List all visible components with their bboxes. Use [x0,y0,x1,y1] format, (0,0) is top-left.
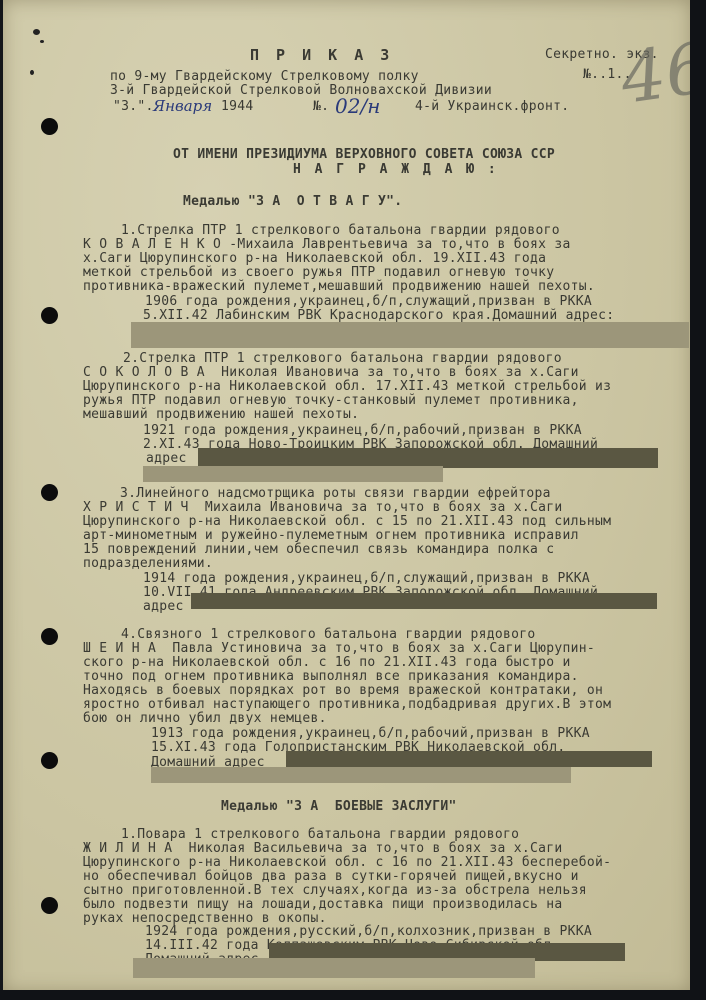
entry-line: 15 повреждений линии,чем обеспечил связь… [83,543,554,557]
binder-hole [41,752,58,769]
medal-heading-courage: Медалью "З А О Т В А Г У". [183,195,402,209]
entry-line: 3.Линейного надсмотрщика роты связи гвар… [120,487,551,501]
entry-line: 4.Связного 1 стрелкового батальона гвард… [121,628,535,642]
bio-line: 1914 года рождения,украинец,б/п,служащий… [143,572,590,586]
order-number-prefix: №. [313,100,329,114]
entry-line: Х Р И С Т И Ч Михаила Ивановича за то,чт… [83,501,562,515]
ink-speck [30,70,34,75]
entry-line: Цюрупинского р-на Николаевской обл. с 16… [83,856,611,870]
entry-line: меткой стрельбой из своего ружья ПТР под… [83,266,554,280]
binder-hole [41,897,58,914]
entry-line: бою он лично убил двух немцев. [83,712,327,726]
redaction-block [286,751,652,767]
order-title: П Р И К А З [250,48,393,62]
date-month-handwritten: Января [153,97,212,115]
redaction-block [143,466,443,482]
binder-hole [41,118,58,135]
entry-line: подразделениями. [83,557,213,571]
entry-line: яростно отбивал наступающего противника,… [83,698,611,712]
unit-line-2: 3-й Гвардейской Стрелковой Волновахской … [110,84,492,98]
medal-heading-combat-merit: Медалью "З А БОЕВЫЕ ЗАСЛУГИ" [221,800,457,814]
entry-line: С О К О Л О В А Николая Ивановича за то,… [83,366,579,380]
redaction-block [198,448,658,468]
entry-line: было подвезти пищу на лошади,доставка пи… [83,898,562,912]
bio-line: 1921 года рождения,украинец,б/п,рабочий,… [143,424,582,438]
entry-line: но обеспечивал бойцов два раза в сутки-г… [83,870,579,884]
entry-line: арт-минометным и ружейно-пулеметным огне… [83,529,579,543]
binder-hole [41,484,58,501]
binder-hole [41,307,58,324]
bio-line: 1913 года рождения,украинец,б/п,рабочий,… [151,727,590,741]
entry-line: Цюрупинского р-на Николаевской обл. с 15… [83,515,611,529]
entry-line: ского р-на Николаевской обл. с 16 по 21.… [83,656,571,670]
preamble-line-1: ОТ ИМЕНИ ПРЕЗИДИУМА ВЕРХОВНОГО СОВЕТА СО… [173,148,555,162]
entry-line: К О В А Л Е Н К О -Михаила Лаврентьевича… [83,238,571,252]
ink-speck [40,40,44,43]
bio-line: адрес [143,600,184,614]
entry-line: мешавший продвижению нашей пехоты. [83,408,359,422]
ink-speck [33,29,40,35]
preamble-line-2: Н А Г Р А Ж Д А Ю : [293,163,499,177]
date-year: 1944 [221,100,254,114]
entry-line: Ш Е И Н А Павла Устиновича за то,что в б… [83,642,595,656]
redaction-block [131,322,689,348]
entry-line: Ж И Л И Н А Николая Васильевича за то,чт… [83,842,562,856]
entry-line: противника-вражеский пулемет,мешавший пр… [83,280,595,294]
redaction-block [151,767,571,783]
bio-line: 5.XII.42 Лабинским РВК Краснодарского кр… [143,309,614,323]
entry-line: Находясь в боевых порядках рот во время … [83,684,603,698]
redaction-block [191,593,657,609]
bio-line: адрес [146,452,187,466]
entry-line: 1.Повара 1 стрелкового батальона гвардии… [121,828,519,842]
front-name: 4-й Украинск.фронт. [415,100,569,114]
scan-border [690,0,706,1000]
scan-border [0,990,706,1000]
bio-line: 1906 года рождения,украинец,б/п,служащий… [145,295,592,309]
binder-hole [41,628,58,645]
entry-line: х.Саги Цюрупинского р-на Николаевской об… [83,252,546,266]
redaction-block [133,958,535,978]
document-page: П Р И К А З Секретно. экз. №..1.. 46 по … [3,0,691,992]
entry-line: сытно приготовленной.В тех случаях,когда… [83,884,587,898]
entry-line: точно под огнем противника выполнял все … [83,670,579,684]
entry-line: Цюрупинского р-на Николаевской обл. 17.X… [83,380,611,394]
unit-line-1: по 9-му Гвардейскому Стрелковому полку [110,70,419,84]
bio-line: 1924 года рождения,русский,б/п,колхозник… [145,925,592,939]
entry-line: 2.Стрелка ПТР 1 стрелкового батальона гв… [123,352,562,366]
order-number-handwritten: 02/н [335,94,380,118]
date-prefix: "3.". [113,100,154,114]
entry-line: ружья ПТР подавил огневую точку-станковы… [83,394,579,408]
entry-line: 1.Стрелка ПТР 1 стрелкового батальона гв… [121,224,560,238]
